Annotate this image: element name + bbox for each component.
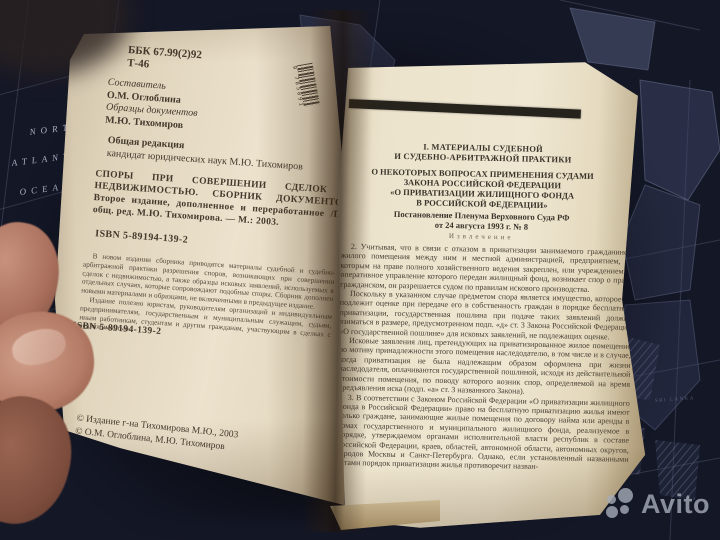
avito-watermark-label: Avito <box>641 489 710 520</box>
book-photo-scene: NORTH ATLANTIC OCEAN SRI LANKA ББК 67.99… <box>0 0 720 540</box>
avito-logo-icon <box>606 488 636 520</box>
right-page-shading <box>330 55 660 535</box>
avito-watermark: Avito <box>606 488 710 520</box>
right-page: I. МАТЕРИАЛЫ СУДЕБНОЙ И СУДЕБНО-АРБИТРАЖ… <box>330 55 660 535</box>
